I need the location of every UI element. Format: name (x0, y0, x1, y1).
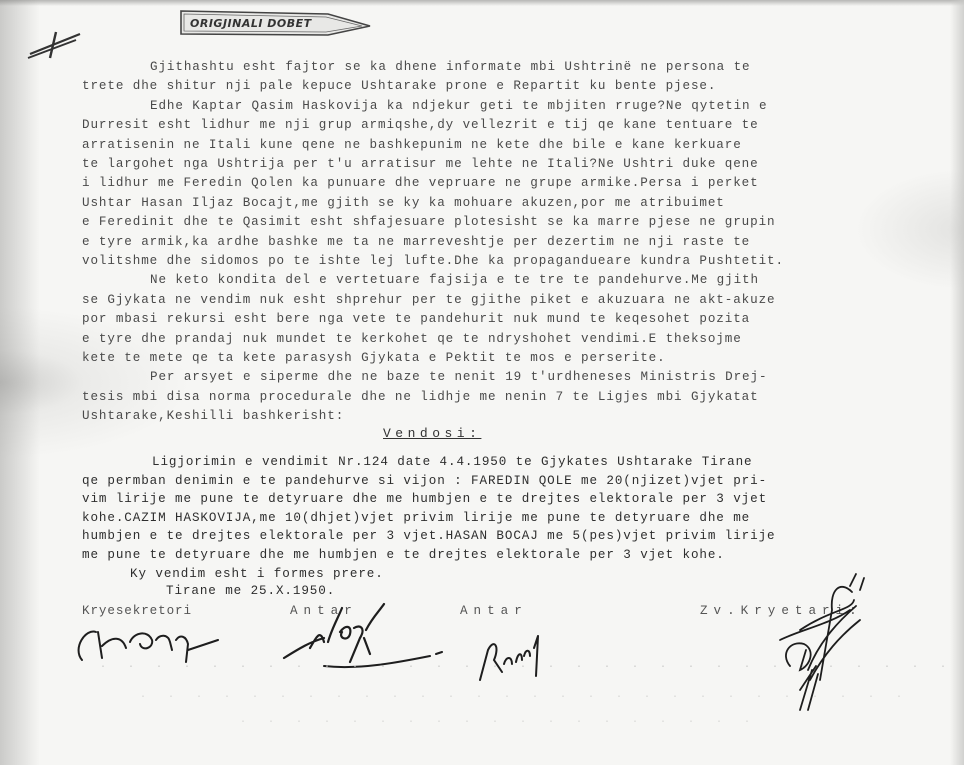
body-text-line: te largohet nga Ushtrija per t'u arratis… (82, 157, 759, 171)
body-text-line: e tyre dhe prandaj nuk mundet te kerkohe… (82, 332, 742, 346)
body-text-line: i lidhur me Feredin Qolen ka punuare dhe… (82, 176, 759, 190)
decision-text-line: Ligjorimin e vendimit Nr.124 date 4.4.19… (152, 455, 752, 469)
body-text-line: volitshme dhe sidomos po te ishte lej lu… (82, 254, 784, 268)
body-text-line: se Gjykata ne vendim nuk esht shprehur p… (82, 293, 776, 307)
body-text-line: por mbasi rekursi esht bere nga vete te … (82, 312, 750, 326)
body-text-line: arratisenin ne Itali kune qene ne bashke… (82, 138, 742, 152)
body-text-line: Gjithashtu esht fajtor se ka dhene infor… (150, 60, 750, 74)
body-text-line: Ne keto kondita del e vertetuare fajsija… (150, 273, 759, 287)
decision-text-line: me pune te detyruare dhe me humbjen e te… (82, 548, 725, 562)
decision-text-line: vim lirije me pune te detyruare dhe me h… (82, 492, 767, 506)
scan-top-shadow (0, 0, 964, 6)
handwritten-strike-mark-icon (26, 28, 86, 62)
body-text-line: Durresit esht lidhur me nji grup armiqsh… (82, 118, 759, 132)
scanned-document-page: ORIGJINALI DOBET Gjithashtu esht fajtor … (0, 0, 964, 765)
body-text-line: Per arsyet e siperme dhe ne baze te neni… (150, 370, 767, 384)
decision-text-line: humbjen e te drejtes elektorale per 3 vj… (82, 529, 776, 543)
decision-text-line: Ky vendim esht i formes prere. (130, 567, 384, 581)
decision-heading: Vendosi: (383, 426, 481, 441)
faint-bleedthrough-text: . . . . . . . . . . . . . . . . . . . . … (100, 660, 964, 671)
scan-right-edge (950, 0, 964, 765)
original-stamp: ORIGJINALI DOBET (178, 8, 370, 36)
place-date: Tirane me 25.X.1950. (166, 584, 335, 598)
body-text-line: Ushtarake,Keshilli bashkerisht: (82, 409, 344, 423)
body-text-line: trete dhe shitur nji pale kepuce Ushtara… (82, 79, 716, 93)
body-text-line: kete te mete qe ta kete parasysh Gjykata… (82, 351, 666, 365)
signature-antar-2-icon (476, 626, 556, 686)
decision-text-line: qe permban denimin e te pandehurve si vi… (82, 474, 767, 488)
signatory-label-antar-2: Antar (460, 604, 528, 618)
decision-text-line: kohe.CAZIM HASKOVIJA,me 10(dhjet)vjet pr… (82, 511, 750, 525)
body-text-line: Edhe Kaptar Qasim Haskovija ka ndjekur g… (150, 99, 767, 113)
scan-edge-shadow (0, 0, 40, 765)
body-text-line: tesis mbi disa norma procedurale dhe ne … (82, 390, 759, 404)
faint-bleedthrough-text: . . . . . . . . . . . . . . . . . . . . … (140, 690, 910, 701)
signatory-label-kryesekretori: Kryesekretori (82, 604, 192, 618)
body-text-line: e Feredinit dhe te Qasimit esht shfajesu… (82, 215, 776, 229)
faint-bleedthrough-text: . . . . . . . . . . . . . . . . . . . (240, 715, 758, 726)
body-text-line: e tyre armik,ka ardhe bashke me ta ne ma… (82, 235, 750, 249)
stamp-label: ORIGJINALI DOBET (190, 17, 312, 30)
body-text-line: Ushtar Hasan Iljaz Bocajt,me gjith se ky… (82, 196, 725, 210)
